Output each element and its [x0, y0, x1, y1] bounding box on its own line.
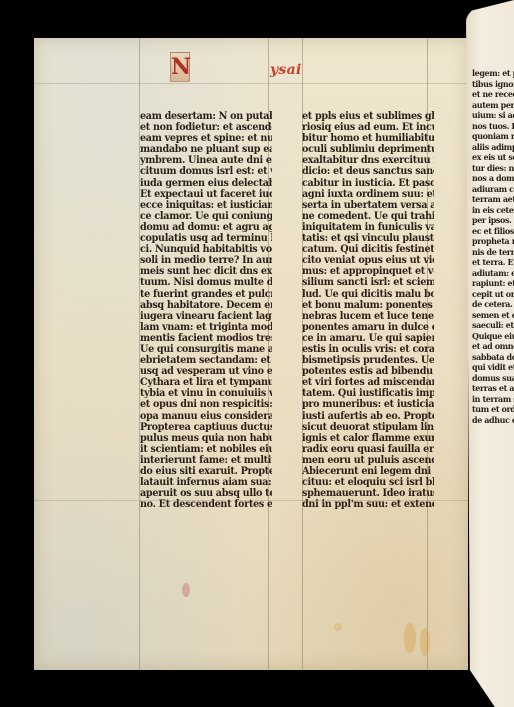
text-line: iuda germen eius delectabile. — [140, 177, 272, 189]
text-line: autem persequ — [472, 100, 514, 111]
text-line: cituu: et eloquiu sci isrl bla — [302, 477, 434, 489]
text-line: et bonu malum: ponentes te — [302, 299, 434, 311]
text-line: et non fodietur: et ascendent sup — [140, 122, 272, 134]
text-line: te fuerint grandes et pulcre: et — [140, 288, 272, 300]
text-line: uium: si adiu — [472, 110, 514, 121]
text-line: et opus dni non respicitis: nec — [140, 399, 272, 411]
stain — [182, 583, 190, 597]
text-line: lud. Ue qui dicitis malu bonu — [302, 288, 434, 300]
text-line: cabitur in iusticia. Et pascentur — [302, 177, 434, 189]
text-line: adiuram conuenie — [472, 184, 514, 195]
text-line: qui vidit et non — [472, 362, 514, 373]
text-line: de adhuc eis — [472, 415, 514, 426]
decorated-initial: N — [170, 52, 190, 82]
text-column-left: eam desertam: N on putabitet non fodietu… — [140, 111, 272, 510]
text-line: ce clamor. Ue qui coniungitis — [140, 211, 272, 223]
text-line: per ipsos. Uap — [472, 215, 514, 226]
text-line: Abiecerunt eni legem dni exer — [302, 466, 434, 478]
text-line: dni in ppl'm suu: et extendit ma — [302, 499, 434, 511]
text-line: radix eoru quasi fauilla erit: et ger — [302, 444, 434, 456]
text-line: saeculi: et tempo — [472, 320, 514, 331]
text-line: it scientiam: et nobiles eius — [140, 444, 272, 456]
text-line: et ne recedant — [472, 89, 514, 100]
text-line: serta in ubertatem versa adue — [302, 199, 434, 211]
text-line: mentis facient modios tres. — [140, 333, 272, 345]
stain — [404, 623, 416, 653]
text-line: lam vnam: et triginta modij se — [140, 322, 272, 334]
text-line: iugera vinearu facient lagunca — [140, 310, 272, 322]
text-line: dicio: et deus sanctus sanctifi — [302, 166, 434, 178]
text-line: nebras lucem et luce tenebras: — [302, 310, 434, 322]
text-line: absq habitatore. Decem eni — [140, 299, 272, 311]
text-line: sabbata domini — [472, 352, 514, 363]
text-line: tur dies: non h — [472, 163, 514, 174]
text-line: interierunt fame: et multitu — [140, 455, 272, 467]
text-line: legem: et pau — [472, 68, 514, 79]
text-line: pro muneribus: et iusticia — [302, 399, 434, 411]
text-line: riosiq eius ad eum. Et incurua — [302, 122, 434, 134]
text-line: opa manuu eius consideratis. — [140, 410, 272, 422]
text-line: latauit infernus aiam sua: et — [140, 477, 272, 489]
text-line: Ue qui consurgitis mane ad — [140, 344, 272, 356]
text-line: Et expectaui ut faceret iudiciu et — [140, 188, 272, 200]
text-line: quoniam reliquit — [472, 131, 514, 142]
text-line: silium sancti isrl: et sciemus il — [302, 277, 434, 289]
text-line: estis in oculis vris: et cora vo — [302, 344, 434, 356]
text-line: eam desertam: N on putabit — [140, 111, 272, 123]
text-line: cepit ut omnes — [472, 289, 514, 300]
stain — [334, 623, 342, 631]
text-line: nis de terra: et — [472, 247, 514, 258]
text-line: rapiunt: et qui ei — [472, 278, 514, 289]
text-line: iusti aufertis ab eo. Propter hoc — [302, 410, 434, 422]
text-line: iniquitatem in funiculis vani — [302, 222, 434, 234]
manuscript-leaf: ysai eam desertam: N on putabitet non fo… — [34, 38, 468, 670]
text-line: no. Et descendent fortes eius: — [140, 499, 272, 511]
text-line: do eius siti exaruit. Propterea di — [140, 466, 272, 478]
text-line: ne comedent. Ue qui trahitis — [302, 211, 434, 223]
text-line: tuum. Nisi domus multe deser — [140, 277, 272, 289]
text-line: bismetipsis prudentes. Ue qui — [302, 355, 434, 367]
text-line: ecce iniquitas: et iusticiam et ec — [140, 199, 272, 211]
text-line: nos tuos. Et — [472, 121, 514, 132]
text-line: semen et eos — [472, 310, 514, 321]
stain — [420, 628, 430, 656]
text-line: Propterea captiuus ductus est po — [140, 421, 272, 433]
text-line: tibus ignorant — [472, 79, 514, 90]
text-line: de cetera. Ideo — [472, 299, 514, 310]
text-line: in terram suam — [472, 394, 514, 405]
text-line: men eoru ut puluis ascendet. — [302, 455, 434, 467]
text-line: in eis cetera — [472, 205, 514, 216]
text-line: ignis et calor flamme exurit: sic — [302, 432, 434, 444]
text-line: ponentes amaru in dulce et dul — [302, 322, 434, 334]
text-line: et ppls eius et sublimes glo — [302, 111, 434, 123]
text-line: sicut deuorat stipulam lingua — [302, 421, 434, 433]
text-line: domu ad domu: et agru agro — [140, 222, 272, 234]
running-head: ysai — [270, 62, 302, 78]
text-line: terram aeter — [472, 194, 514, 205]
text-line: pulus meus quia non habu — [140, 432, 272, 444]
ruling-line — [34, 83, 468, 84]
text-line: adiutam: et tempo — [472, 268, 514, 279]
text-line: Quique eius — [472, 331, 514, 342]
text-line: ce in amaru. Ue qui sapientes — [302, 333, 434, 345]
text-line: terras et at que — [472, 383, 514, 394]
text-line: ex eis ut sciant — [472, 152, 514, 163]
text-line: aliis adimplent — [472, 142, 514, 153]
text-line: tatis: et qsi vinculu plaustri p — [302, 233, 434, 245]
text-line: propheta magna — [472, 236, 514, 247]
text-line: tum et ordine — [472, 404, 514, 415]
text-line: agni iuxta ordinem suu: et de — [302, 188, 434, 200]
text-line: domus suas et — [472, 373, 514, 384]
text-line: et terra. Et fecit — [472, 257, 514, 268]
text-column-right: et ppls eius et sublimes gloriosiq eius … — [302, 111, 434, 510]
facing-page-text: legem: et pautibus ignorantet ne recedan… — [472, 68, 514, 548]
text-line: et ad omnes — [472, 341, 514, 352]
text-line: cituum domus isrl est: et vir — [140, 166, 272, 178]
text-line: nos a domino — [472, 173, 514, 184]
text-line: ebrietatem sectandam: et potandu — [140, 355, 272, 367]
text-line: copulatis usq ad terminu lo — [140, 233, 272, 245]
text-line: ec et filios: et m — [472, 226, 514, 237]
